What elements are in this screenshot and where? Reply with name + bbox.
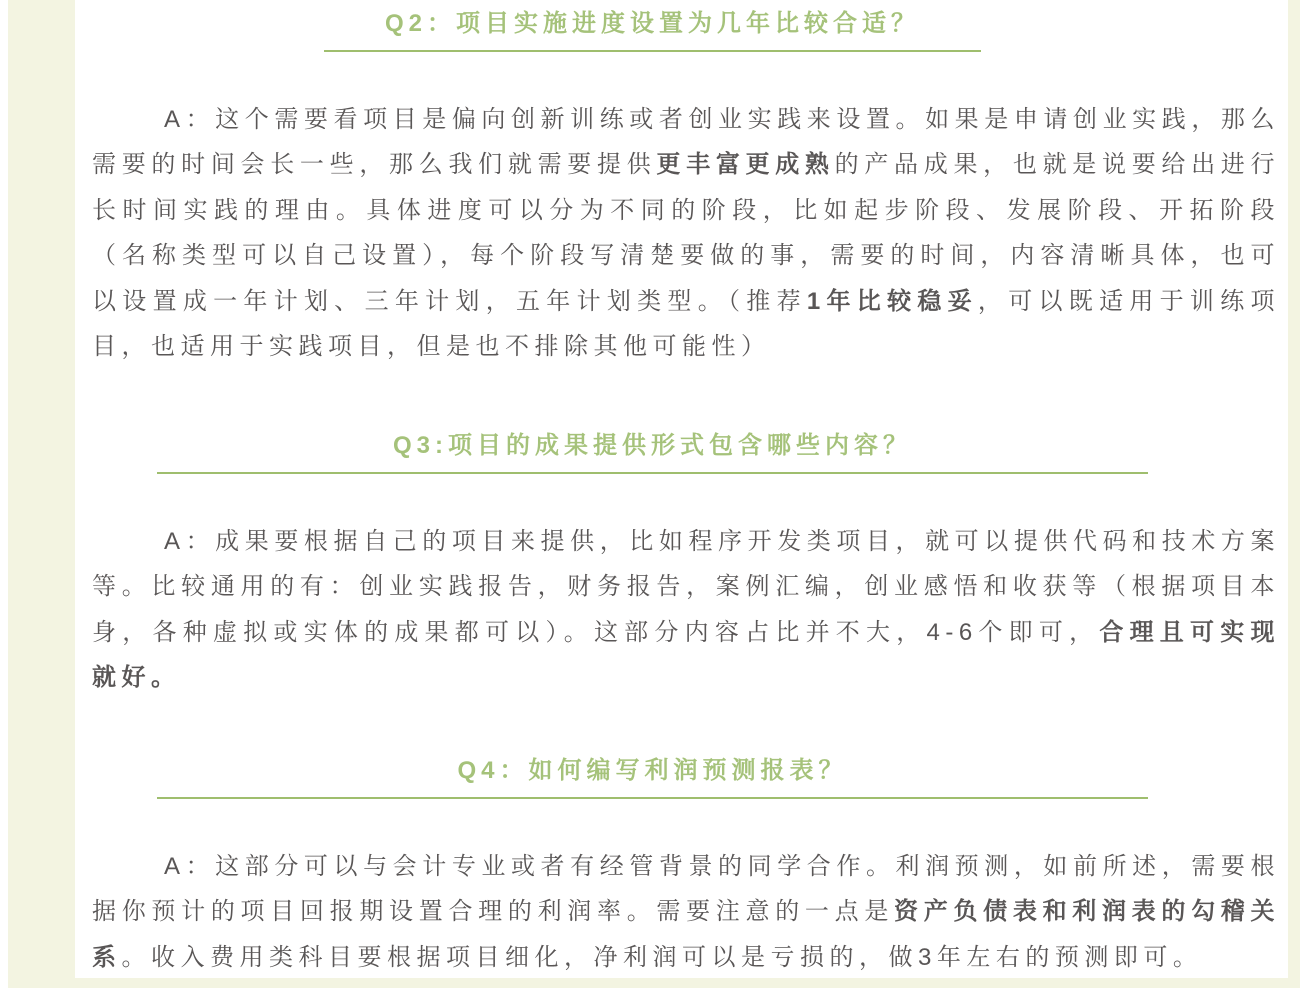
- qa-section-q2: Q2：项目实施进度设置为几年比较合适？ A：这个需要看项目是偏向创新训练或者创业…: [92, 2, 1280, 370]
- qa-section-q3: Q3:项目的成果提供形式包含哪些内容？ A：成果要根据自己的项目来提供，比如程序…: [92, 370, 1280, 701]
- question-q2-heading: Q2：项目实施进度设置为几年比较合适？: [324, 2, 981, 52]
- answer-q4-paragraph: A：这部分可以与会计专业或者有经管背景的同学合作。利润预测，如前所述，需要根据你…: [92, 844, 1280, 981]
- article-card: Q2：项目实施进度设置为几年比较合适？ A：这个需要看项目是偏向创新训练或者创业…: [75, 0, 1288, 978]
- question-q3-heading: Q3:项目的成果提供形式包含哪些内容？: [157, 424, 1148, 474]
- qa-section-q4: Q4：如何编写利润预测报表？ A：这部分可以与会计专业或者有经管背景的同学合作。…: [92, 701, 1280, 980]
- answer-q2-paragraph: A：这个需要看项目是偏向创新训练或者创业实践来设置。如果是申请创业实践，那么需要…: [92, 97, 1280, 370]
- question-heading-row: Q4：如何编写利润预测报表？: [92, 701, 1280, 819]
- question-heading-row: Q3:项目的成果提供形式包含哪些内容？: [92, 370, 1280, 494]
- answer-q3-paragraph: A：成果要根据自己的项目来提供，比如程序开发类项目，就可以提供代码和技术方案等。…: [92, 519, 1280, 701]
- question-q4-heading: Q4：如何编写利润预测报表？: [157, 749, 1148, 799]
- question-heading-row: Q2：项目实施进度设置为几年比较合适？: [92, 2, 1280, 72]
